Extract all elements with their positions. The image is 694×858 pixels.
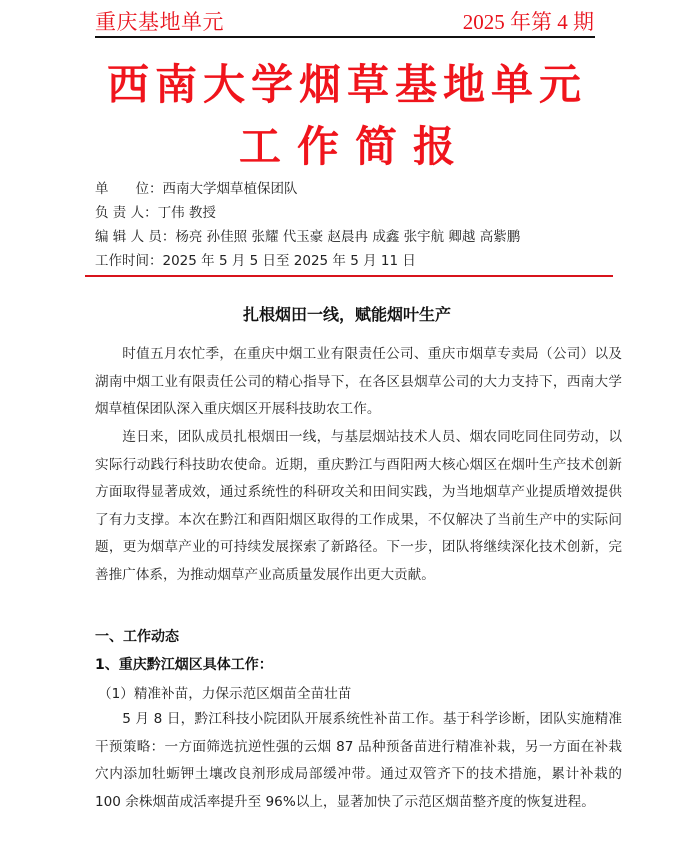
masthead-subtitle: 工作简报 <box>0 114 694 174</box>
section-heading: 一、工作动态 <box>95 626 179 646</box>
item-title: （1）精准补苗，力保示范区烟苗全苗壮苗 <box>98 682 351 702</box>
header-unit-label: 重庆基地单元 <box>95 6 224 36</box>
header-issue-number: 2025 年第 4 期 <box>455 6 594 36</box>
red-divider <box>85 275 613 277</box>
info-leader: 负 责 人：丁伟 教授 <box>95 201 216 221</box>
masthead-title: 西南大学烟草基地单元 <box>0 52 694 112</box>
info-period-label: 工作时间： <box>95 249 163 269</box>
header-divider <box>95 36 595 38</box>
info-editors: 编 辑 人 员：杨亮 孙佳照 张耀 代玉豪 赵晨冉 成鑫 张宇航 卿越 高紫鹏 <box>95 225 520 245</box>
info-period-value: 2025 年 5 月 5 日至 2025 年 5 月 11 日 <box>163 253 416 269</box>
article-paragraph-2: 连日来，团队成员扎根烟田一线，与基层烟站技术人员、烟农同吃同住同劳动，以实际行动… <box>95 424 622 590</box>
info-unit-value: 西南大学烟草植保团队 <box>163 181 298 197</box>
article-title: 扎根烟田一线，赋能烟叶生产 <box>0 302 694 325</box>
item-body: 5 月 8 日，黔江科技小院团队开展系统性补苗工作。基于科学诊断，团队实施精准干… <box>95 706 622 816</box>
article-paragraph-1: 时值五月农忙季，在重庆中烟工业有限责任公司、重庆市烟草专卖局（公司）以及湖南中烟… <box>95 341 622 424</box>
info-editors-label: 编 辑 人 员： <box>95 225 175 245</box>
info-leader-label: 负 责 人： <box>95 201 158 221</box>
info-period: 工作时间：2025 年 5 月 5 日至 2025 年 5 月 11 日 <box>95 249 416 269</box>
info-leader-value: 丁伟 教授 <box>158 205 216 221</box>
info-unit-label: 单 位： <box>95 177 163 197</box>
info-editors-value: 杨亮 孙佳照 张耀 代玉豪 赵晨冉 成鑫 张宇航 卿越 高紫鹏 <box>175 229 520 245</box>
info-unit: 单 位：西南大学烟草植保团队 <box>95 177 298 197</box>
section-subheading: 1、重庆黔江烟区具体工作： <box>95 654 273 674</box>
